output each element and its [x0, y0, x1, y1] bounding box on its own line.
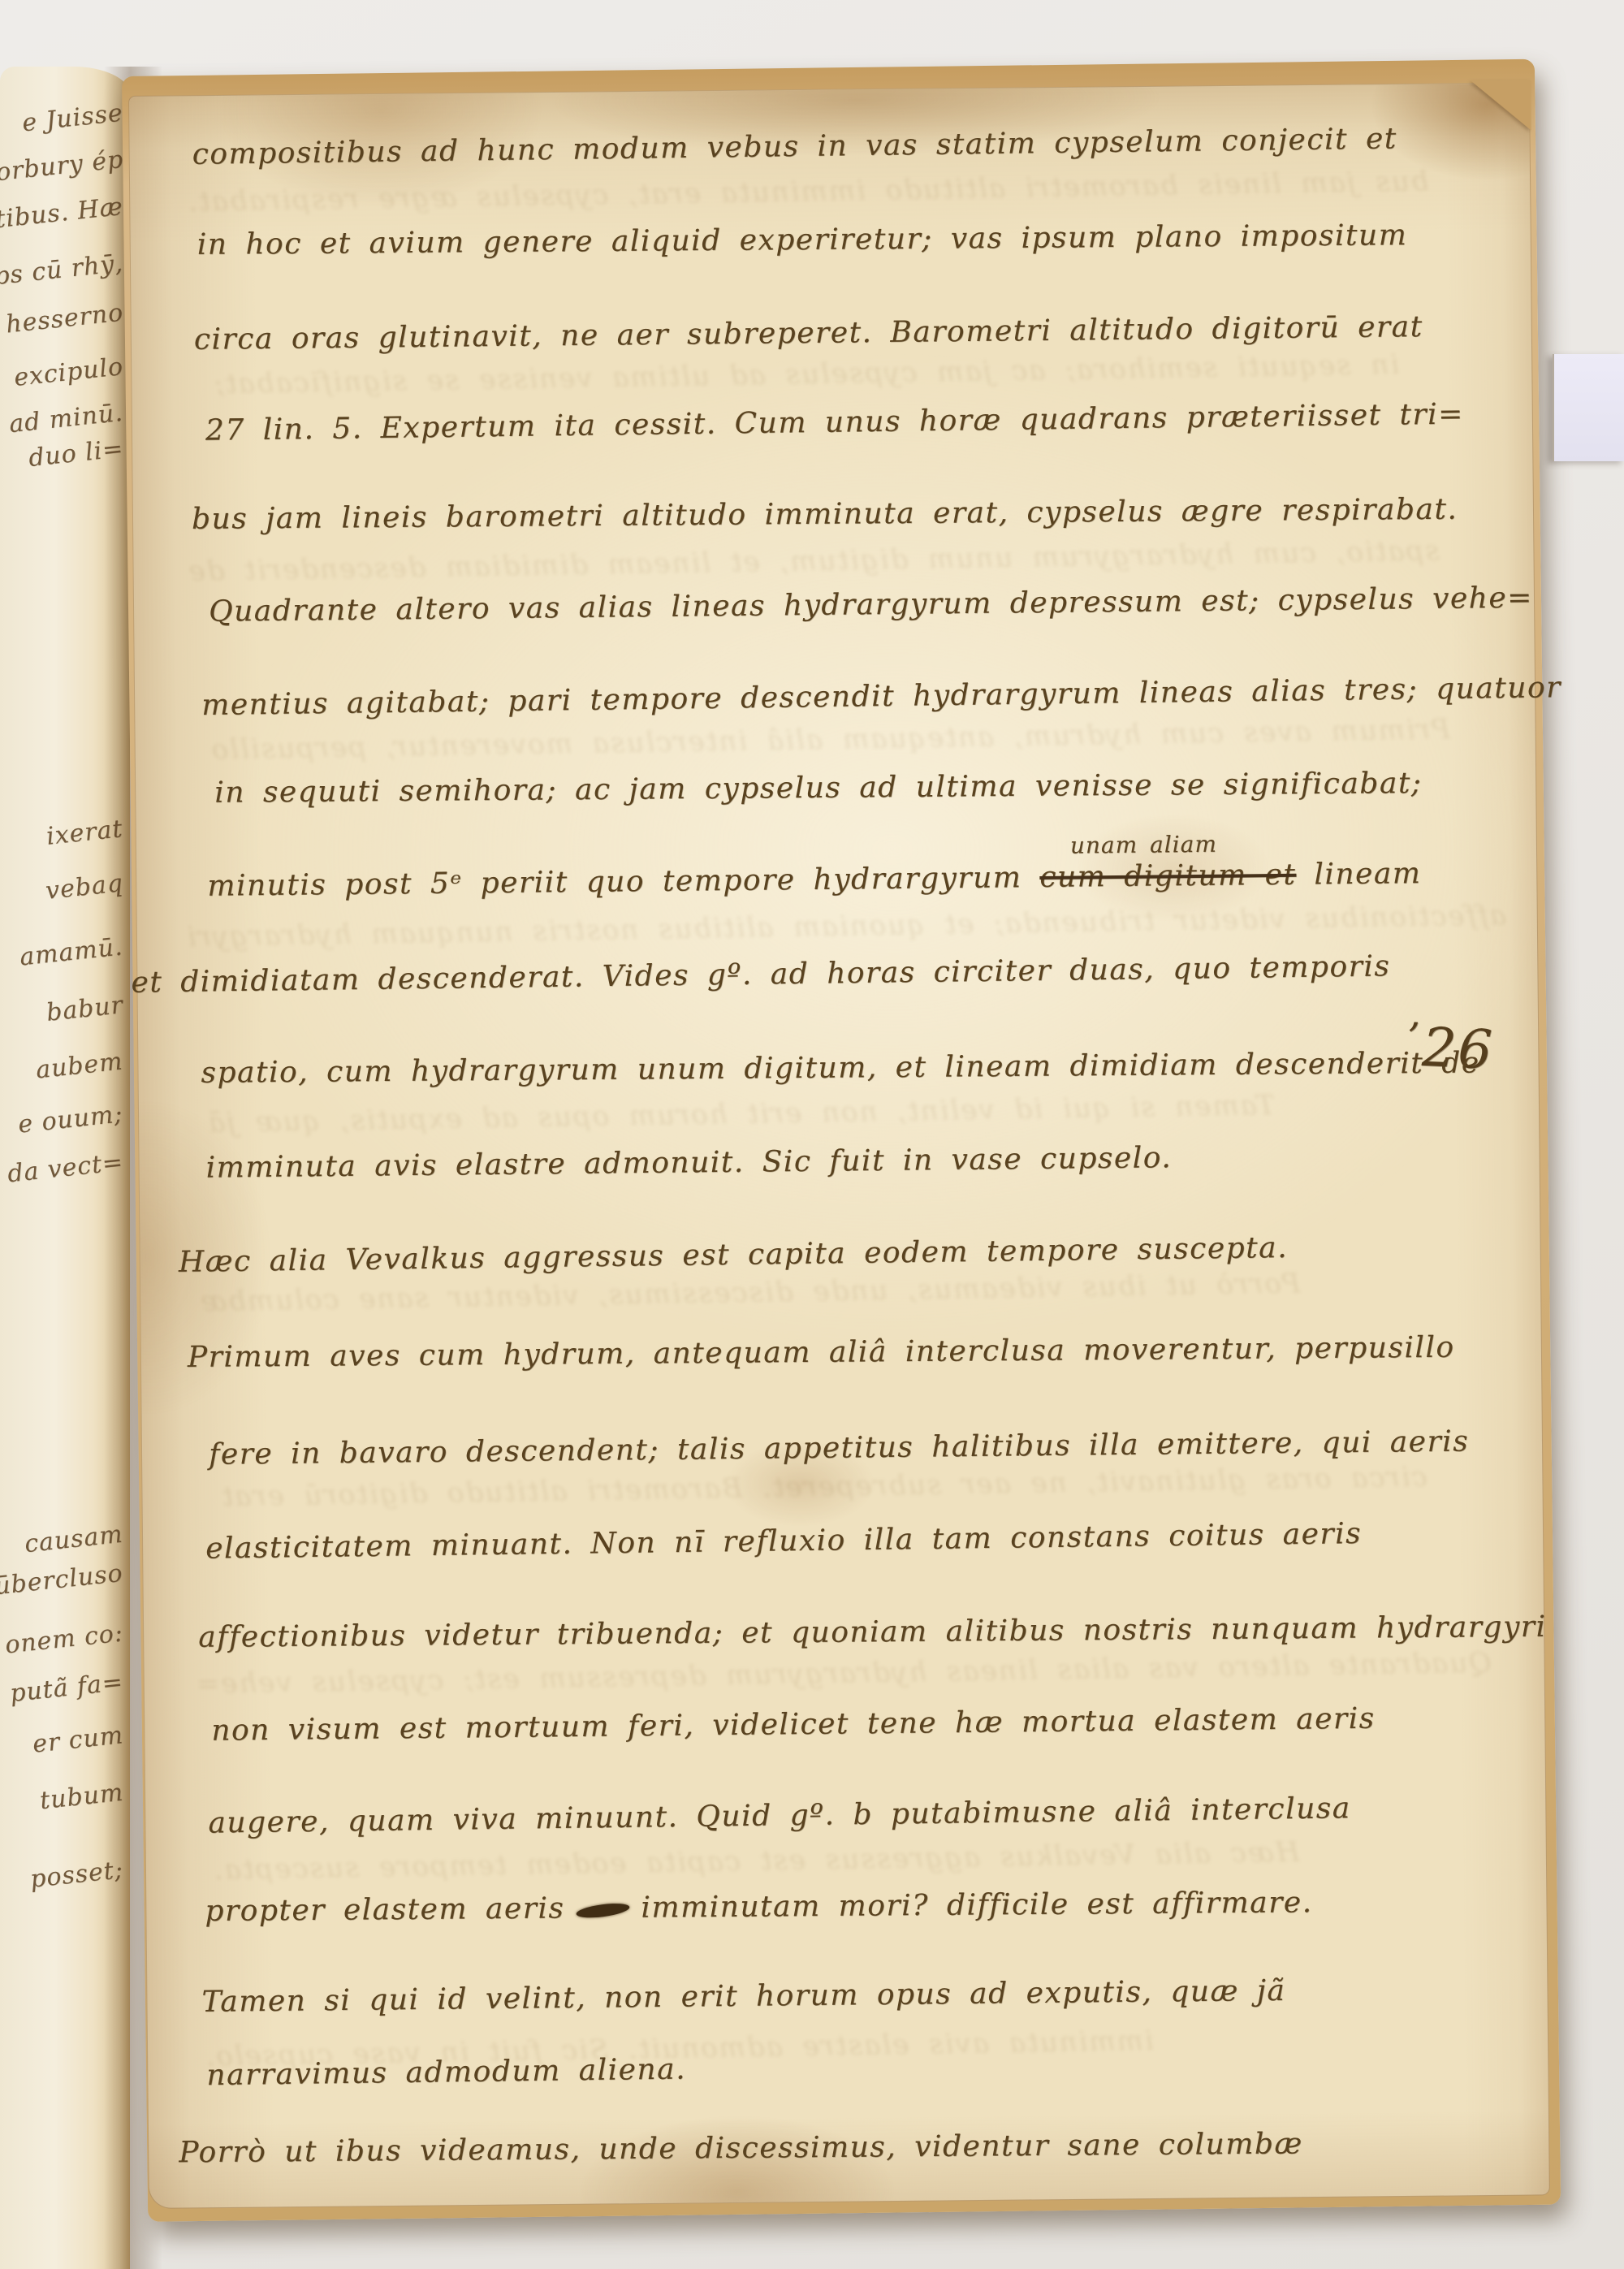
manuscript-line: imminuta avis elastre admonuit. Sic fuit… — [205, 1140, 1172, 1186]
manuscript-line: Porrò ut ibus videamus, unde discessimus… — [179, 2126, 1303, 2170]
verso-bleedthrough-text: spatio, cum hydrargyrum unum digitum, et… — [187, 534, 1440, 588]
manuscript-line: spatio, cum hydrargyrum unum digitum, et… — [201, 1045, 1479, 1091]
manuscript-line: compositibus ad hunc modum vebus in vas … — [192, 121, 1397, 172]
struck-through-text: cum digitum et — [1039, 858, 1296, 894]
manuscript-line: Hæc alia Vevalkus aggressus est capita e… — [179, 1230, 1289, 1280]
manuscript-line: bus jam lineis barometri altitudo imminu… — [192, 492, 1458, 537]
line-text-before: propter elastem aeris — [205, 1892, 564, 1928]
line-text-before: minutis post 5ᵉ periit quo tempore hydra… — [207, 861, 1039, 903]
manuscript-line: in hoc et avium genere aliquid experiret… — [197, 218, 1408, 262]
line-text-after: lineam — [1296, 857, 1421, 892]
verso-bleedthrough-text: Hæc alia Vevalkus aggressus est capita e… — [213, 1836, 1300, 1887]
manuscript-page: ’26 bus jam lineis barometri altitudo im… — [128, 82, 1550, 2208]
manuscript-line: mentius agitabat; pari tempore descendit… — [201, 670, 1561, 723]
verso-bleedthrough-text: bus jam lineis barometri altitudo imminu… — [187, 165, 1429, 218]
line-text-after: imminutam mori? difficile est affirmare. — [641, 1886, 1312, 1924]
manuscript-line: minutis post 5ᵉ periit quo tempore hydra… — [207, 856, 1422, 904]
manuscript-line: Quadrante altero vas alias lineas hydrar… — [209, 581, 1533, 629]
verso-bleedthrough-text: Quadrante altero vas alias lineas hydrar… — [194, 1646, 1492, 1700]
correction-group: unam aliamcum digitum et — [1039, 858, 1296, 895]
manuscript-line: in sequuti semihora; ac jam cypselus ad … — [214, 766, 1423, 810]
interlinear-insertion: unam aliam — [1070, 831, 1217, 859]
manuscript-line: augere, quam viva minuunt. Quid gº. b pu… — [208, 1791, 1351, 1841]
dog-ear-corner — [1471, 80, 1531, 131]
manuscript-line: Tamen si qui id velint, non erit horum o… — [201, 1973, 1285, 2020]
manuscript-line: non visum est mortuum feri, videlicet te… — [211, 1701, 1376, 1748]
manuscript-line: 27 lin. 5. Expertum ita cessit. Cum unus… — [205, 397, 1464, 448]
manuscript-line: et dimidiatam descenderat. Vides gº. ad … — [131, 949, 1390, 1000]
manuscript-line: fere in bavaro descendent; talis appetit… — [209, 1424, 1470, 1472]
bookmark-slip-tab — [1553, 354, 1624, 461]
verso-bleedthrough-text: Primum aves cum hydrum, antequam aliâ in… — [209, 713, 1450, 766]
manuscript-line: elasticitatem minuant. Non nī refluxio i… — [205, 1516, 1362, 1567]
manuscript-line: Primum aves cum hydrum, antequam aliâ in… — [188, 1330, 1455, 1375]
manuscript-line: circa oras glutinavit, ne aer subreperet… — [194, 309, 1423, 357]
verso-bleedthrough-text: in sequuti semihora; ac jam cypselus ad … — [213, 348, 1400, 400]
manuscript-line: affectionibus videtur tribuenda; et quon… — [198, 1610, 1547, 1655]
ink-blot — [576, 1900, 630, 1919]
verso-bleedthrough-text: affectionibus videtur tribuenda; et quon… — [186, 899, 1507, 953]
manuscript-line: propter elastem aerisimminutam mori? dif… — [205, 1885, 1312, 1929]
verso-bleedthrough-text: Tamen si qui id velint, non erit horum o… — [207, 1089, 1275, 1139]
manuscript-line: narravimus admodum aliena. — [206, 2051, 686, 2093]
